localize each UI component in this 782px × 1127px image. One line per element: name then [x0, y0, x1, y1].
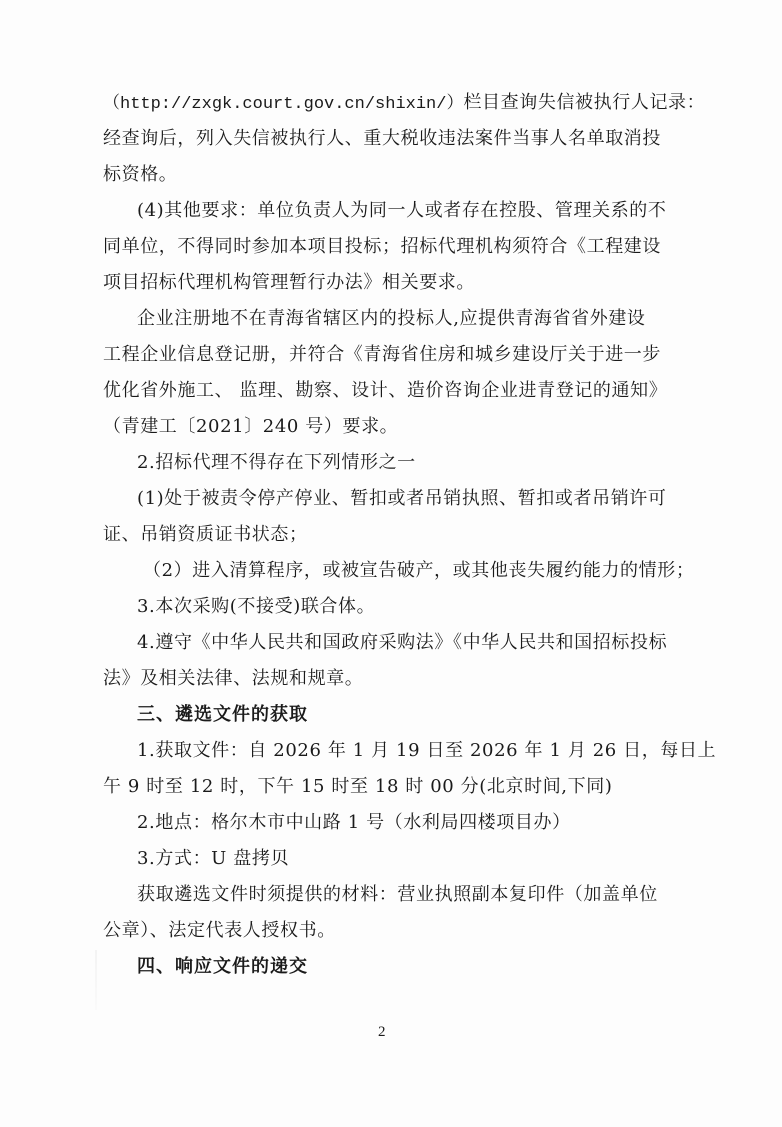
- item-3-method: 3.方式：U 盘拷贝: [137, 847, 717, 871]
- text-fragment: 栏目查询失信被执行人记录：: [463, 92, 705, 113]
- text-line: 标资格。: [103, 163, 683, 187]
- section-heading-3: 三、遴选文件的获取: [137, 703, 717, 727]
- paragraph-other-requirements: (4)其他要求：单位负责人为同一人或者存在控股、管理关系的不: [137, 199, 717, 223]
- text-line: 优化省外施工、 监理、勘察、设计、造价咨询企业进青登记的通知》: [103, 379, 683, 403]
- paragraph-out-of-province: 企业注册地不在青海省辖区内的投标人,应提供青海省省外建设: [137, 307, 717, 331]
- scan-artifact: [95, 950, 97, 1010]
- text-line: （青建工〔2021〕240 号）要求。: [103, 415, 683, 439]
- item-3-consortium: 3.本次采购(不接受)联合体。: [137, 595, 717, 619]
- document-page: （http://zxgk.court.gov.cn/shixin/）栏目查询失信…: [0, 0, 782, 1127]
- text-line: 经查询后，列入失信被执行人、重大税收违法案件当事人名单取消投: [103, 127, 683, 151]
- item-4-laws: 4.遵守《中华人民共和国政府采购法》《中华人民共和国招标投标: [137, 631, 717, 655]
- item-1-obtain-files: 1.获取文件：自 2026 年 1 月 19 日至 2026 年 1 月 26 …: [137, 739, 717, 763]
- text-line: 项目招标代理机构管理暂行办法》相关要求。: [103, 271, 683, 295]
- text-line: 法》及相关法律、法规和规章。: [103, 667, 683, 691]
- text-line: 工程企业信息登记册，并符合《青海省住房和城乡建设厅关于进一步: [103, 343, 683, 367]
- sub-item-1: (1)处于被责令停产停业、暂扣或者吊销执照、暂扣或者吊销许可: [137, 487, 717, 511]
- text-line: 公章）、法定代表人授权书。: [103, 919, 683, 943]
- text-line: 同单位，不得同时参加本项目投标；招标代理机构须符合《工程建设: [103, 235, 683, 259]
- item-2-agency-restrictions: 2.招标代理不得存在下列情形之一: [137, 451, 717, 475]
- text-line: 午 9 时至 12 时，下午 15 时至 18 时 00 分(北京时间,下同): [103, 775, 683, 799]
- text-line-url: （http://zxgk.court.gov.cn/shixin/）栏目查询失信…: [103, 91, 683, 117]
- page-number: 2: [378, 1024, 386, 1041]
- text-line: 证、吊销资质证书状态；: [103, 523, 683, 547]
- item-2-location: 2.地点：格尔木市中山路 1 号（水利局四楼项目办）: [137, 811, 717, 835]
- section-heading-4: 四、响应文件的递交: [137, 955, 717, 979]
- sub-item-2: （2）进入清算程序，或被宣告破产，或其他丧失履约能力的情形；: [143, 559, 723, 583]
- url-link-text: （http://zxgk.court.gov.cn/shixin/）: [103, 95, 463, 114]
- paragraph-materials: 获取遴选文件时须提供的材料：营业执照副本复印件（加盖单位: [137, 883, 717, 907]
